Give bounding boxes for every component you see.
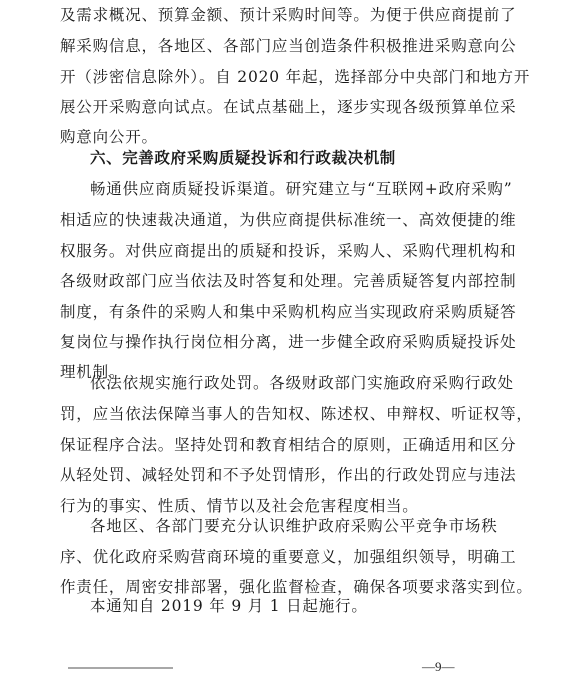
text-line: 罚，应当依法保障当事人的告知权、陈述权、申辩权、听证权等， [60,402,465,426]
document-page: 及需求概况、预算金额、预计采购时间等。为便于供应商提前了 解采购信息，各地区、各… [0,0,569,685]
text-line: 各地区、各部门要充分认识维护政府采购公平竞争市场秩 [90,514,465,538]
text-line: 畅通供应商质疑投诉渠道。研究建立与“互联网+政府采购” [90,177,465,201]
text-line: 各级财政部门应当依法及时答复和处理。完善质疑答复内部控制 [60,269,465,293]
text-line: 序、优化政府采购营商环境的重要意义，加强组织领导，明确工 [60,545,465,569]
text-line: 制度，有条件的采购人和集中采购机构应当实现政府采购质疑答 [60,300,465,324]
text-line: 及需求概况、预算金额、预计采购时间等。为便于供应商提前了 [60,3,465,27]
text-line: 相适应的快速裁决通道，为供应商提供标准统一、高效便捷的维 [60,208,465,232]
text-line: 依法依规实施行政处罚。各级财政部门实施政府采购行政处 [90,371,465,395]
footer-rule [68,667,173,669]
page-number: —9— [422,659,455,675]
text-line: 权服务。对供应商提出的质疑和投诉，采购人、采购代理机构和 [60,239,465,263]
text-line: 本通知自 2019 年 9 月 1 日起施行。 [90,594,465,618]
text-line: 开（涉密信息除外）。自 2020 年起，选择部分中央部门和地方开 [60,65,465,89]
text-line: 保证程序合法。坚持处罚和教育相结合的原则，正确适用和区分 [60,433,465,457]
text-line: 展公开采购意向试点。在试点基础上，逐步实现各级预算单位采 [60,95,465,119]
text-line: 解采购信息，各地区、各部门应当创造条件积极推进采购意向公 [60,34,465,58]
text-line: 从轻处罚、减轻处罚和不予处罚情形，作出的行政处罚应与违法 [60,463,465,487]
section-heading: 六、完善政府采购质疑投诉和行政裁决机制 [90,146,465,170]
text-line: 复岗位与操作执行岗位相分离，进一步健全政府采购质疑投诉处 [60,330,465,354]
